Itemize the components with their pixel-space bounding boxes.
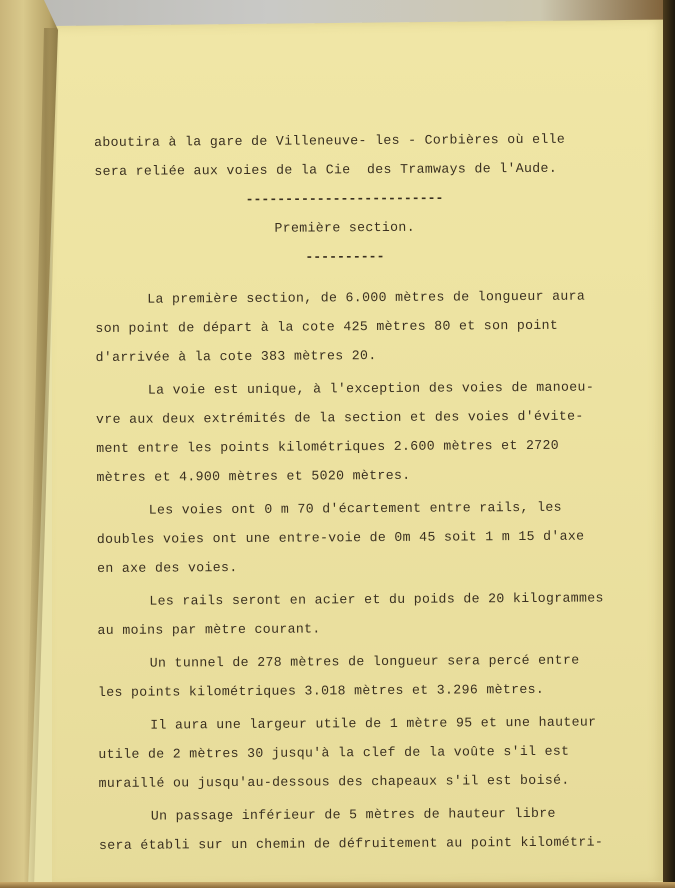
text-line: Un tunnel de 278 mètres de longueur sera…	[98, 645, 598, 677]
text-line: sera établi sur un chemin de défruitemen…	[99, 827, 599, 859]
section-heading: Première section.	[95, 212, 595, 244]
text-line: mètres et 4.900 mètres et 5020 mètres.	[96, 460, 596, 492]
paragraph: La voie est unique, à l'exception des vo…	[96, 373, 597, 492]
paragraph: La première section, de 6.000 mètres de …	[95, 282, 596, 372]
page-stack-edge	[663, 0, 675, 888]
paragraph: Les rails seront en acier et du poids de…	[97, 583, 597, 644]
text-line: La première section, de 6.000 mètres de …	[95, 282, 595, 314]
text-line: les points kilométriques 3.018 mètres et…	[98, 674, 598, 706]
text-line: sera reliée aux voies de la Cie des Tram…	[94, 154, 594, 186]
typewritten-text: aboutira à la gare de Villeneuve- les - …	[94, 125, 599, 860]
page-bottom-edge	[0, 882, 675, 888]
text-line: ment entre les points kilométriques 2.60…	[96, 431, 596, 463]
text-line: son point de départ à la cote 425 mètres…	[95, 311, 595, 343]
text-line: Les rails seront en acier et du poids de…	[97, 583, 597, 615]
separator-rule-short: ----------	[95, 241, 595, 273]
text-line: d'arrivée à la cote 383 mètres 20.	[96, 340, 596, 372]
text-line: Il aura une largeur utile de 1 mètre 95 …	[98, 707, 598, 739]
text-line: en axe des voies.	[97, 550, 597, 582]
text-line: au moins par mètre courant.	[97, 612, 597, 644]
separator-rule-long: -------------------------	[94, 183, 594, 215]
text-line: Un passage inférieur de 5 mètres de haut…	[99, 798, 599, 830]
text-line: doubles voies ont une entre-voie de 0m 4…	[97, 521, 597, 553]
paragraph: Un tunnel de 278 mètres de longueur sera…	[98, 645, 598, 706]
text-line: Les voies ont 0 m 70 d'écartement entre …	[97, 493, 597, 525]
text-line: muraillé ou jusqu'au-dessous des chapeau…	[98, 765, 598, 797]
text-line: La voie est unique, à l'exception des vo…	[96, 373, 596, 405]
paragraph: Un passage inférieur de 5 mètres de haut…	[99, 798, 599, 859]
text-line: vre aux deux extrémités de la section et…	[96, 402, 596, 434]
text-line: utile de 2 mètres 30 jusqu'à la clef de …	[98, 736, 598, 768]
text-line: aboutira à la gare de Villeneuve- les - …	[94, 125, 594, 157]
paragraph: Il aura une largeur utile de 1 mètre 95 …	[98, 707, 599, 797]
paragraph: Les voies ont 0 m 70 d'écartement entre …	[97, 493, 598, 583]
